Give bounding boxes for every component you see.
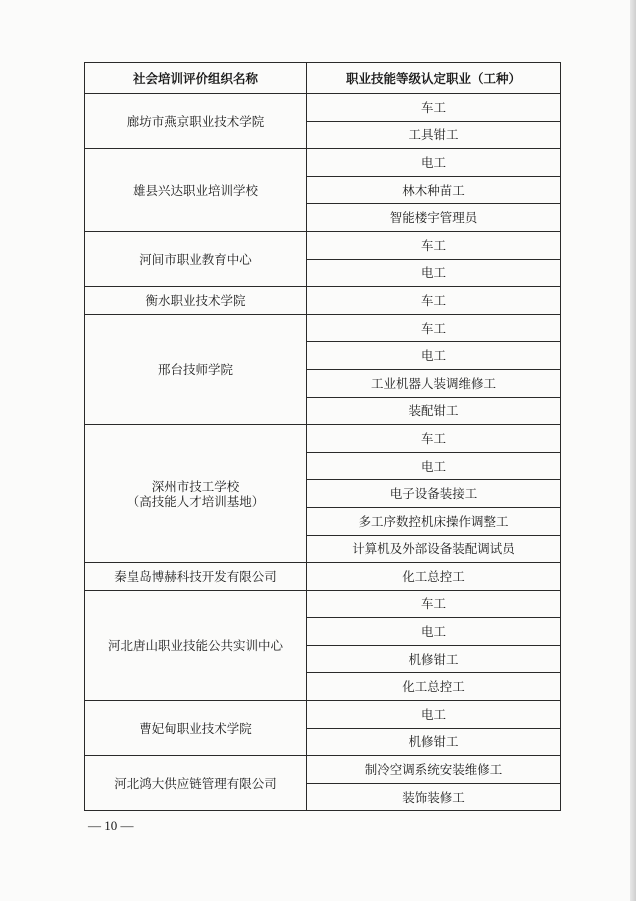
- org-name: 河北唐山职业技能公共实训中心: [108, 638, 283, 653]
- org-name-cell: 邢台技师学院: [85, 314, 307, 424]
- org-name-cell: 深州市技工学校（高技能人才培训基地）: [85, 425, 307, 563]
- org-name: 衡水职业技术学院: [145, 293, 245, 308]
- occupation-cell: 车工: [307, 231, 561, 259]
- table-row: 廊坊市燕京职业技术学院车工: [85, 94, 561, 122]
- org-name-cell: 曹妃甸职业技术学院: [85, 701, 307, 756]
- occupation-cell: 电工: [307, 452, 561, 480]
- occupation-cell: 电工: [307, 149, 561, 177]
- table-row: 河北鸿大供应链管理有限公司制冷空调系统安装维修工: [85, 756, 561, 784]
- table-row: 河北唐山职业技能公共实训中心车工: [85, 590, 561, 618]
- org-name-cell: 雄县兴达职业培训学校: [85, 149, 307, 232]
- occupation-cell: 多工序数控机床操作调整工: [307, 507, 561, 535]
- org-name-cell: 衡水职业技术学院: [85, 287, 307, 315]
- scan-edge: [630, 0, 636, 901]
- occupation-cell: 车工: [307, 590, 561, 618]
- table-row: 秦皇岛博赫科技开发有限公司化工总控工: [85, 563, 561, 591]
- occupation-cell: 计算机及外部设备装配调试员: [307, 535, 561, 563]
- occupation-cell: 林木种苗工: [307, 176, 561, 204]
- org-name-cell: 河北鸿大供应链管理有限公司: [85, 756, 307, 811]
- page-number: — 10 —: [88, 818, 134, 834]
- occupation-cell: 工具钳工: [307, 121, 561, 149]
- occupation-cell: 智能楼宇管理员: [307, 204, 561, 232]
- org-name: 曹妃甸职业技术学院: [139, 721, 252, 736]
- org-name-cell: 河间市职业教育中心: [85, 231, 307, 286]
- occupation-cell: 机修钳工: [307, 728, 561, 756]
- occupation-cell: 电工: [307, 259, 561, 287]
- org-name: 深州市技工学校: [152, 479, 240, 494]
- org-name: 河北鸿大供应链管理有限公司: [114, 776, 277, 791]
- occupation-cell: 车工: [307, 425, 561, 453]
- occupation-cell: 车工: [307, 94, 561, 122]
- org-name: 邢台技师学院: [158, 362, 233, 377]
- org-name: 秦皇岛博赫科技开发有限公司: [114, 569, 277, 584]
- organization-table: 社会培训评价组织名称 职业技能等级认定职业（工种） 廊坊市燕京职业技术学院车工工…: [84, 62, 561, 811]
- occupation-cell: 化工总控工: [307, 673, 561, 701]
- org-name: 廊坊市燕京职业技术学院: [127, 114, 265, 129]
- org-name-cell: 河北唐山职业技能公共实训中心: [85, 590, 307, 700]
- table-row: 曹妃甸职业技术学院电工: [85, 701, 561, 729]
- table-row: 深州市技工学校（高技能人才培训基地）车工: [85, 425, 561, 453]
- table-row: 邢台技师学院车工: [85, 314, 561, 342]
- table-row: 河间市职业教育中心车工: [85, 231, 561, 259]
- occupation-cell: 电工: [307, 701, 561, 729]
- occupation-cell: 制冷空调系统安装维修工: [307, 756, 561, 784]
- occupation-cell: 电工: [307, 618, 561, 646]
- table-row: 雄县兴达职业培训学校电工: [85, 149, 561, 177]
- table-header-row: 社会培训评价组织名称 职业技能等级认定职业（工种）: [85, 63, 561, 94]
- org-name-cell: 廊坊市燕京职业技术学院: [85, 94, 307, 149]
- table-row: 衡水职业技术学院车工: [85, 287, 561, 315]
- occupation-cell: 电子设备装接工: [307, 480, 561, 508]
- header-occupation: 职业技能等级认定职业（工种）: [307, 63, 561, 94]
- header-org-name: 社会培训评价组织名称: [85, 63, 307, 94]
- occupation-cell: 工业机器人装调维修工: [307, 369, 561, 397]
- occupation-cell: 车工: [307, 287, 561, 315]
- occupation-cell: 机修钳工: [307, 645, 561, 673]
- org-name-subtitle: （高技能人才培训基地）: [127, 494, 265, 509]
- org-name: 雄县兴达职业培训学校: [133, 183, 258, 198]
- org-name-cell: 秦皇岛博赫科技开发有限公司: [85, 563, 307, 591]
- occupation-cell: 化工总控工: [307, 563, 561, 591]
- org-name: 河间市职业教育中心: [139, 252, 252, 267]
- occupation-cell: 装饰装修工: [307, 783, 561, 811]
- document-page: 社会培训评价组织名称 职业技能等级认定职业（工种） 廊坊市燕京职业技术学院车工工…: [0, 0, 636, 901]
- occupation-cell: 装配钳工: [307, 397, 561, 425]
- occupation-cell: 车工: [307, 314, 561, 342]
- occupation-cell: 电工: [307, 342, 561, 370]
